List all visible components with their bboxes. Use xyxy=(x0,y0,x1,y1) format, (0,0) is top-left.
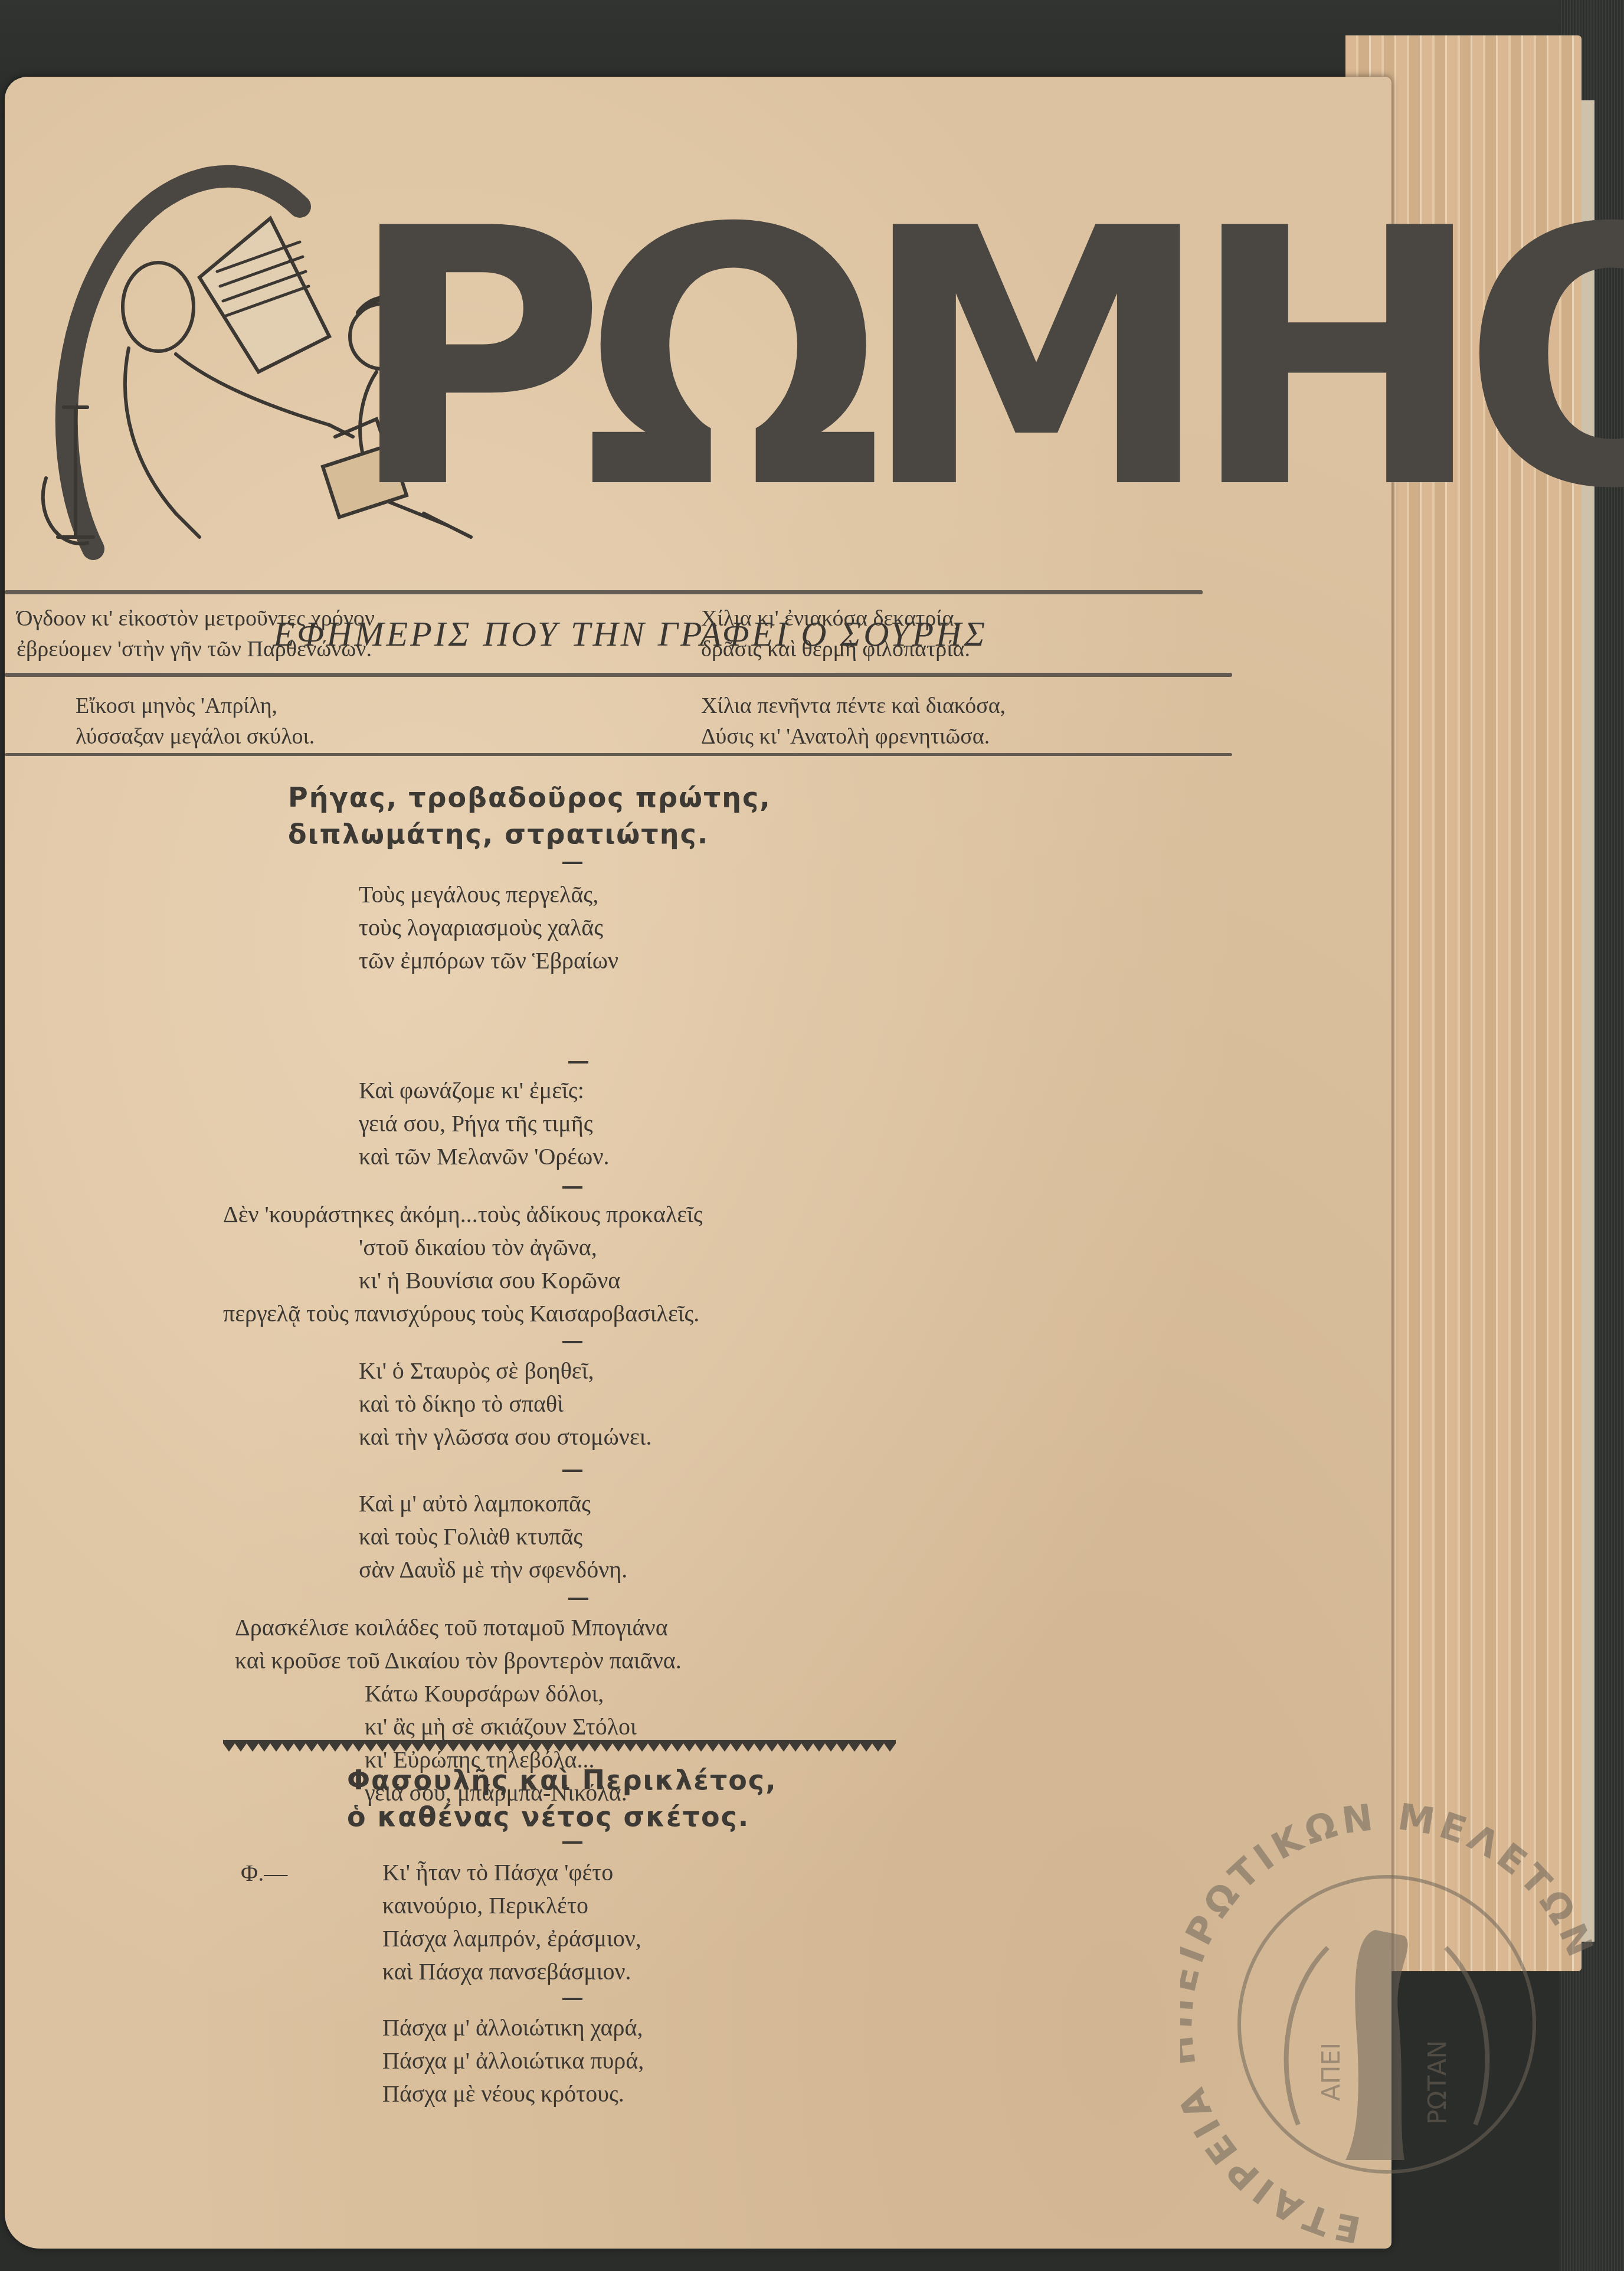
info-line: δρᾶσις καὶ θερμὴ φιλοπατρία. xyxy=(701,634,1232,665)
poem1-stanza-3: Δὲν 'κουράστηκες ἀκόμη...τοὺς ἀδίκους πρ… xyxy=(223,1198,703,1330)
poem-title-line: Ρήγας, τροβαδοῦρος πρώτης, xyxy=(288,779,771,816)
verse-line: Πάσχα λαμπρόν, ἐράσμιον, xyxy=(382,1922,641,1955)
divider-rule xyxy=(5,673,1232,677)
verse-line: Κι' ὁ Σταυρὸς σὲ βοηθεῖ, xyxy=(359,1354,652,1388)
speaker-label: Φ.— xyxy=(241,1859,287,1887)
verse-line: καὶ τὴν γλῶσσα σου στομώνει. xyxy=(359,1421,652,1454)
ornamental-zigzag-divider xyxy=(223,1740,896,1753)
masthead: ΡΩΜΗΟΣ ΕΦΗΜΕΡΙΣ ΠΟΥ ΤΗΝ ΓΡΑΦΕΙ Ο ΣΟΥΡΗΣ xyxy=(17,148,1197,596)
stanza-dash xyxy=(562,1470,582,1472)
poem-title-line: Φασουλῆς καὶ Περικλέτος, xyxy=(347,1762,777,1798)
verse-line: καὶ τῶν Μελανῶν 'Ορέων. xyxy=(359,1140,610,1173)
info-line: Δύσις κι' 'Ανατολὴ φρενητιῶσα. xyxy=(701,721,1232,752)
verse-line: Δρασκέλισε κοιλάδες τοῦ ποταμοῦ Μπογιάνα xyxy=(235,1611,682,1644)
info-line: Όγδοον κι' εἰκοστὸν μετροῦντες χρόνον xyxy=(17,603,548,634)
poem2-title: Φασουλῆς καὶ Περικλέτος, ὁ καθένας νέτος… xyxy=(347,1762,777,1835)
verse-line: Καὶ φωνάζομε κι' ἐμεῖς: xyxy=(359,1074,610,1107)
stamp-inner-left: ΑΠΕΙ xyxy=(1317,2043,1345,2101)
masthead-title: ΡΩΜΗΟΣ xyxy=(347,153,1220,590)
verse-line: σὰν Δαυῒδ μὲ τὴν σφενδόνη. xyxy=(359,1553,627,1586)
stanza-dash xyxy=(568,1598,588,1600)
info-row-2-left: Εἴκοσι μηνὸς 'Απρίλη, λύσσαξαν μεγάλοι σ… xyxy=(76,691,607,752)
poem1-title: Ρήγας, τροβαδοῦρος πρώτης, διπλωμάτης, σ… xyxy=(288,779,771,852)
verse-line: 'στοῦ δικαίου τὸν ἀγῶνα, xyxy=(223,1231,703,1264)
verse-line: Κάτω Κουρσάρων δόλοι, xyxy=(235,1677,682,1710)
info-line: ἐβρεύομεν 'στὴν γῆν τῶν Παρθενώνων. xyxy=(17,634,548,665)
verse-line: καὶ κροῦσε τοῦ Δικαίου τὸν βροντερὸν παι… xyxy=(235,1644,682,1677)
verse-line: περγελᾷ τοὺς πανισχύρους τοὺς Καισαροβασ… xyxy=(223,1297,703,1330)
verse-line: Τοὺς μεγάλους περγελᾶς, xyxy=(359,878,618,911)
info-row-1-right: Χίλια κι' ἐνιακόσα δεκατρία, δρᾶσις καὶ … xyxy=(701,603,1232,665)
info-line: Χίλια πενῆντα πέντε καὶ διακόσα, xyxy=(701,691,1232,721)
poem1-stanza-1: Τοὺς μεγάλους περγελᾶς, τοὺς λογαριασμοὺ… xyxy=(359,878,618,977)
info-line: Χίλια κι' ἐνιακόσα δεκατρία, xyxy=(701,603,1232,634)
poem1-stanza-4: Κι' ὁ Σταυρὸς σὲ βοηθεῖ, καὶ τὸ δίκηο τὸ… xyxy=(359,1354,652,1454)
poem-title-line: διπλωμάτης, στρατιώτης. xyxy=(288,816,771,852)
verse-line: Καὶ μ' αὐτὸ λαμποκοπᾶς xyxy=(359,1487,627,1520)
divider-rule xyxy=(5,753,1232,756)
verse-line: τοὺς λογαριασμοὺς χαλᾶς xyxy=(359,911,618,944)
verse-line: Πάσχα μ' ἀλλοιώτικα πυρά, xyxy=(382,2044,644,2077)
verse-line: καὶ τοὺς Γολιὰθ κτυπᾶς xyxy=(359,1520,627,1553)
poem1-stanza-5: Καὶ μ' αὐτὸ λαμποκοπᾶς καὶ τοὺς Γολιὰθ κ… xyxy=(359,1487,627,1586)
poem1-stanza-2: Καὶ φωνάζομε κι' ἐμεῖς: γειά σου, Ρήγα τ… xyxy=(359,1074,610,1173)
verse-line: κι' ἂς μὴ σὲ σκιάζουν Στόλοι xyxy=(235,1710,682,1743)
verse-line: τῶν ἐμπόρων τῶν Ἑβραίων xyxy=(359,944,618,977)
poem-title-line: ὁ καθένας νέτος σκέτος. xyxy=(347,1798,777,1835)
info-line: Εἴκοσι μηνὸς 'Απρίλη, xyxy=(76,691,607,721)
stamp-inner-right: ΡΩΤΑΝ xyxy=(1423,2040,1452,2125)
stanza-dash xyxy=(562,862,582,864)
stanza-dash xyxy=(562,1341,582,1343)
info-row-2-right: Χίλια πενῆντα πέντε καὶ διακόσα, Δύσις κ… xyxy=(701,691,1232,752)
verse-line: Πάσχα μὲ νέους κρότους. xyxy=(382,2077,644,2110)
stanza-dash xyxy=(562,1841,582,1844)
verse-line: Κι' ἦταν τὸ Πάσχα 'φέτο xyxy=(382,1856,641,1889)
stanza-dash xyxy=(562,1186,582,1189)
divider-rule xyxy=(5,590,1203,594)
poem2-stanza-1: Κι' ἦταν τὸ Πάσχα 'φέτο καινούριο, Περικ… xyxy=(382,1856,641,1988)
library-stamp-icon: ΕΤΑΙΡΕΙΑ ΗΠΕΙΡΩΤΙΚΩΝ ΜΕΛΕΤΩΝ ΑΠΕΙ ΡΩΤΑΝ xyxy=(1180,1794,1593,2243)
verse-line: γειά σου, Ρήγα τῆς τιμῆς xyxy=(359,1107,610,1140)
verse-line: Δὲν 'κουράστηκες ἀκόμη...τοὺς ἀδίκους πρ… xyxy=(223,1198,703,1231)
stanza-dash xyxy=(568,1061,588,1063)
verse-line: κι' ἡ Βουνίσια σου Κορῶνα xyxy=(223,1264,703,1297)
verse-line: καινούριο, Περικλέτο xyxy=(382,1889,641,1922)
poem2-stanza-2: Πάσχα μ' ἀλλοιώτικη χαρά, Πάσχα μ' ἀλλοι… xyxy=(382,2011,644,2110)
stanza-dash xyxy=(562,1998,582,2000)
verse-line: καὶ Πάσχα πανσεβάσμιον. xyxy=(382,1955,641,1988)
verse-line: καὶ τὸ δίκηο τὸ σπαθὶ xyxy=(359,1388,652,1421)
verse-line: Πάσχα μ' ἀλλοιώτικη χαρά, xyxy=(382,2011,644,2044)
info-line: λύσσαξαν μεγάλοι σκύλοι. xyxy=(76,721,607,752)
info-row-1-left: Όγδοον κι' εἰκοστὸν μετροῦντες χρόνον ἐβ… xyxy=(17,603,548,665)
